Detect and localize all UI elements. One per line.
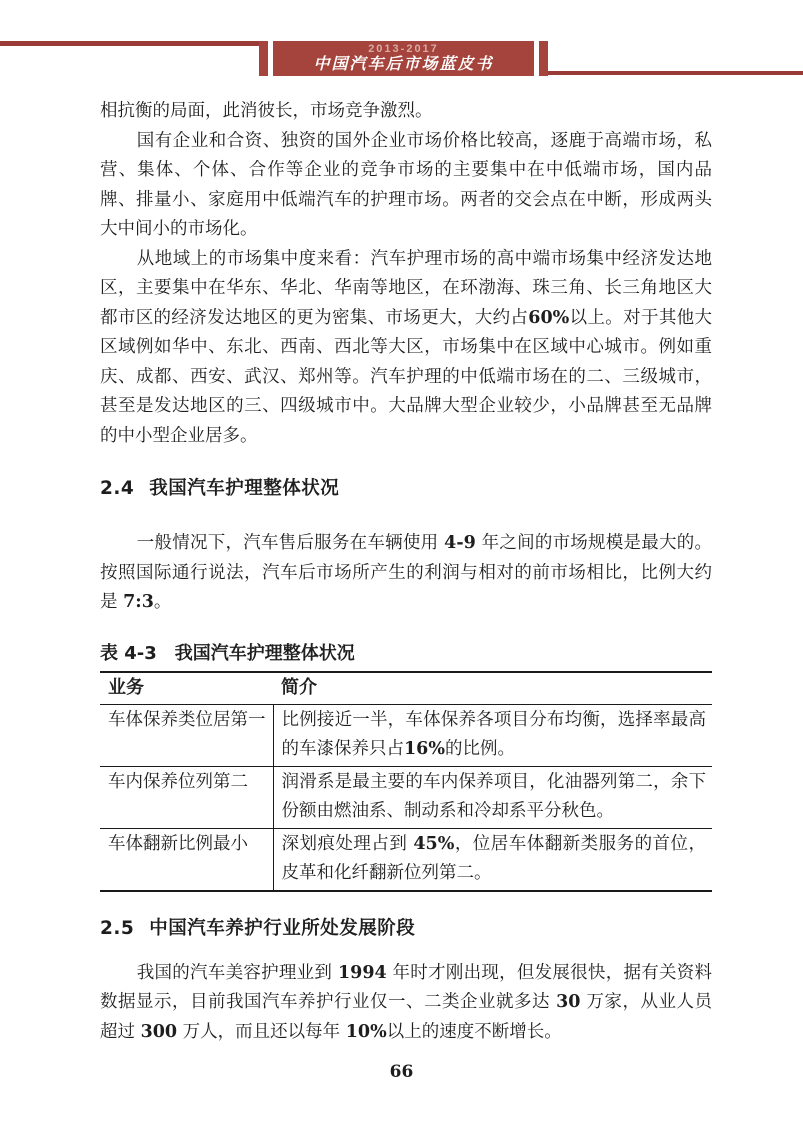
cell-description: 润滑系是最主要的车内保养项目，化油器列第二，余下份额由燃油系、制动系和冷却系平分… [273, 766, 712, 828]
header-book-title: 中国汽车后市场蓝皮书 [259, 55, 548, 74]
cell-service: 车内保养位列第二 [100, 766, 273, 828]
paragraph-regional-concentration: 从地域上的市场集中度来看：汽车护理市场的高中端市场集中经济发达地区，主要集中在华… [100, 245, 712, 452]
header-rule-left [0, 41, 260, 46]
header-years: 2013-2017 [259, 43, 548, 55]
table-row: 车体翻新比例最小 深划痕处理占到 45%，位居车体翻新类服务的首位，皮革和化纤翻… [100, 828, 712, 891]
paragraph-market-competition: 国有企业和合资、独资的国外企业市场价格比较高，逐鹿于高端市场，私营、集体、个体、… [100, 127, 712, 245]
page-header: 2013-2017 中国汽车后市场蓝皮书 [0, 0, 803, 76]
cell-description: 深划痕处理占到 45%，位居车体翻新类服务的首位，皮革和化纤翻新位列第二。 [273, 828, 712, 891]
page-body: 相抗衡的局面，此消彼长，市场竞争激烈。 国有企业和合资、独资的国外企业市场价格比… [100, 76, 712, 1047]
table-row: 车体保养类位居第一 比例接近一半，车体保养各项目分布均衡，选择率最高的车漆保养只… [100, 704, 712, 766]
cell-service: 车体保养类位居第一 [100, 704, 273, 766]
paragraph-continued: 相抗衡的局面，此消彼长，市场竞争激烈。 [100, 97, 712, 127]
header-rule-right [548, 71, 803, 75]
document-page: 2013-2017 中国汽车后市场蓝皮书 相抗衡的局面，此消彼长，市场竞争激烈。… [0, 0, 803, 1134]
table-header-row: 业务 简介 [100, 672, 712, 705]
section-heading-2-5: 2.5中国汽车养护行业所处发展阶段 [100, 916, 712, 942]
table-row: 车内保养位列第二 润滑系是最主要的车内保养项目，化油器列第二，余下份额由燃油系、… [100, 766, 712, 828]
banner-stripe-right [534, 41, 539, 76]
column-header-description: 简介 [273, 672, 712, 705]
care-overview-table: 业务 简介 车体保养类位居第一 比例接近一半，车体保养各项目分布均衡，选择率最高… [100, 671, 712, 892]
cell-service: 车体翻新比例最小 [100, 828, 273, 891]
section-title: 中国汽车养护行业所处发展阶段 [149, 918, 415, 939]
cell-description: 比例接近一半，车体保养各项目分布均衡，选择率最高的车漆保养只占16%的比例。 [273, 704, 712, 766]
column-header-service: 业务 [100, 672, 273, 705]
page-number: 66 [0, 1060, 803, 1084]
section-number: 2.5 [100, 918, 134, 939]
paragraph-industry-history: 我国的汽车美容护理业到 1994 年时才刚出现，但发展很快，据有关资料数据显示，… [100, 959, 712, 1048]
section-heading-2-4: 2.4我国汽车护理整体状况 [100, 476, 712, 502]
section-title: 我国汽车护理整体状况 [149, 478, 339, 499]
table-caption-label: 表 4-3 [100, 643, 157, 664]
table-caption-title: 我国汽车护理整体状况 [175, 643, 355, 664]
paragraph-aftermarket-general: 一般情况下，汽车售后服务在车辆使用 4-9 年之间的市场规模是最大的。按照国际通… [100, 529, 712, 618]
section-number: 2.4 [100, 478, 134, 499]
banner-stripe-left [268, 41, 273, 76]
header-banner: 2013-2017 中国汽车后市场蓝皮书 [259, 41, 548, 76]
table-caption: 表 4-3我国汽车护理整体状况 [100, 641, 712, 666]
